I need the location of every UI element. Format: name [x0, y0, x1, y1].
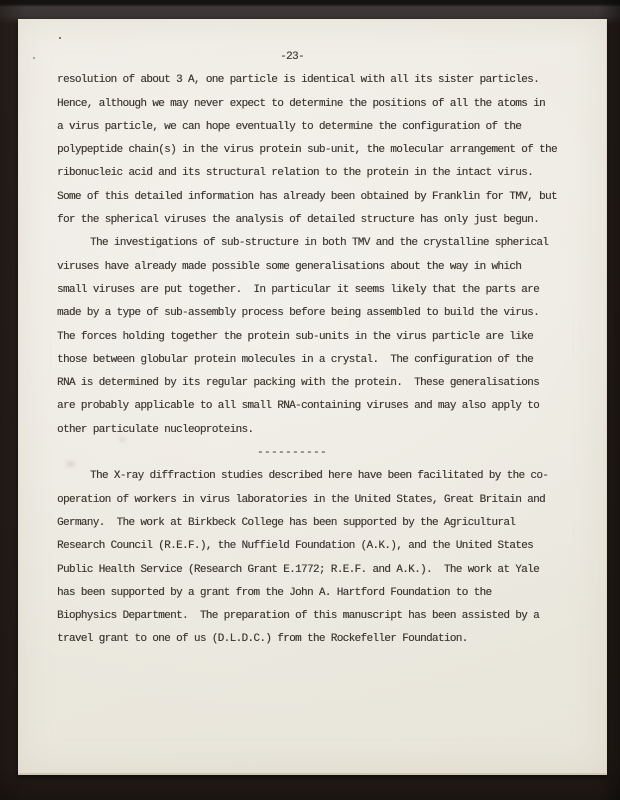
text-line: made by a type of sub-assembly process b… [57, 302, 565, 325]
text-line: are probably applicable to all small RNA… [57, 395, 565, 418]
text-line: small viruses are put together. In parti… [57, 279, 565, 302]
text-line: other particulate nucleoproteins. [57, 419, 565, 442]
text-line: resolution of about 3 A, one particle is… [57, 69, 565, 92]
text-line: polypeptide chain(s) in the virus protei… [57, 139, 565, 162]
scan-background: -23- resolution of about 3 A, one partic… [0, 0, 620, 800]
separator-dashes: ---------- [38, 442, 546, 465]
text-line: for the spherical viruses the analysis o… [57, 209, 565, 232]
text-line: those between globular protein molecules… [57, 349, 565, 372]
document-content: -23- resolution of about 3 A, one partic… [57, 46, 565, 652]
text-line: Research Council (R.E.F.), the Nuffield … [57, 535, 565, 558]
text-line: Biophysics Department. The preparation o… [57, 605, 565, 628]
text-line: The forces holding together the protein … [57, 326, 565, 349]
text-line: The X-ray diffraction studies described … [57, 465, 565, 488]
text-line: operation of workers in virus laboratori… [57, 489, 565, 512]
text-line: RNA is determined by its regular packing… [57, 372, 565, 395]
page-number: -23- [38, 46, 546, 69]
text-line: travel grant to one of us (D.L.D.C.) fro… [57, 628, 565, 651]
text-line: The investigations of sub-structure in b… [57, 232, 565, 255]
text-line: Some of this detailed information has al… [57, 186, 565, 209]
ink-speck [33, 57, 35, 59]
text-line: has been supported by a grant from the J… [57, 582, 565, 605]
text-line: a virus particle, we can hope eventually… [57, 116, 565, 139]
text-line: Hence, although we may never expect to d… [57, 93, 565, 116]
text-line: ribonucleic acid and its structural rela… [57, 162, 565, 185]
document-body: resolution of about 3 A, one particle is… [57, 69, 565, 651]
text-line: viruses have already made possible some … [57, 256, 565, 279]
ink-speck [59, 37, 61, 39]
text-line: Public Health Service (Research Grant E.… [57, 559, 565, 582]
document-page: -23- resolution of about 3 A, one partic… [18, 19, 607, 775]
text-line: Germany. The work at Birkbeck College ha… [57, 512, 565, 535]
